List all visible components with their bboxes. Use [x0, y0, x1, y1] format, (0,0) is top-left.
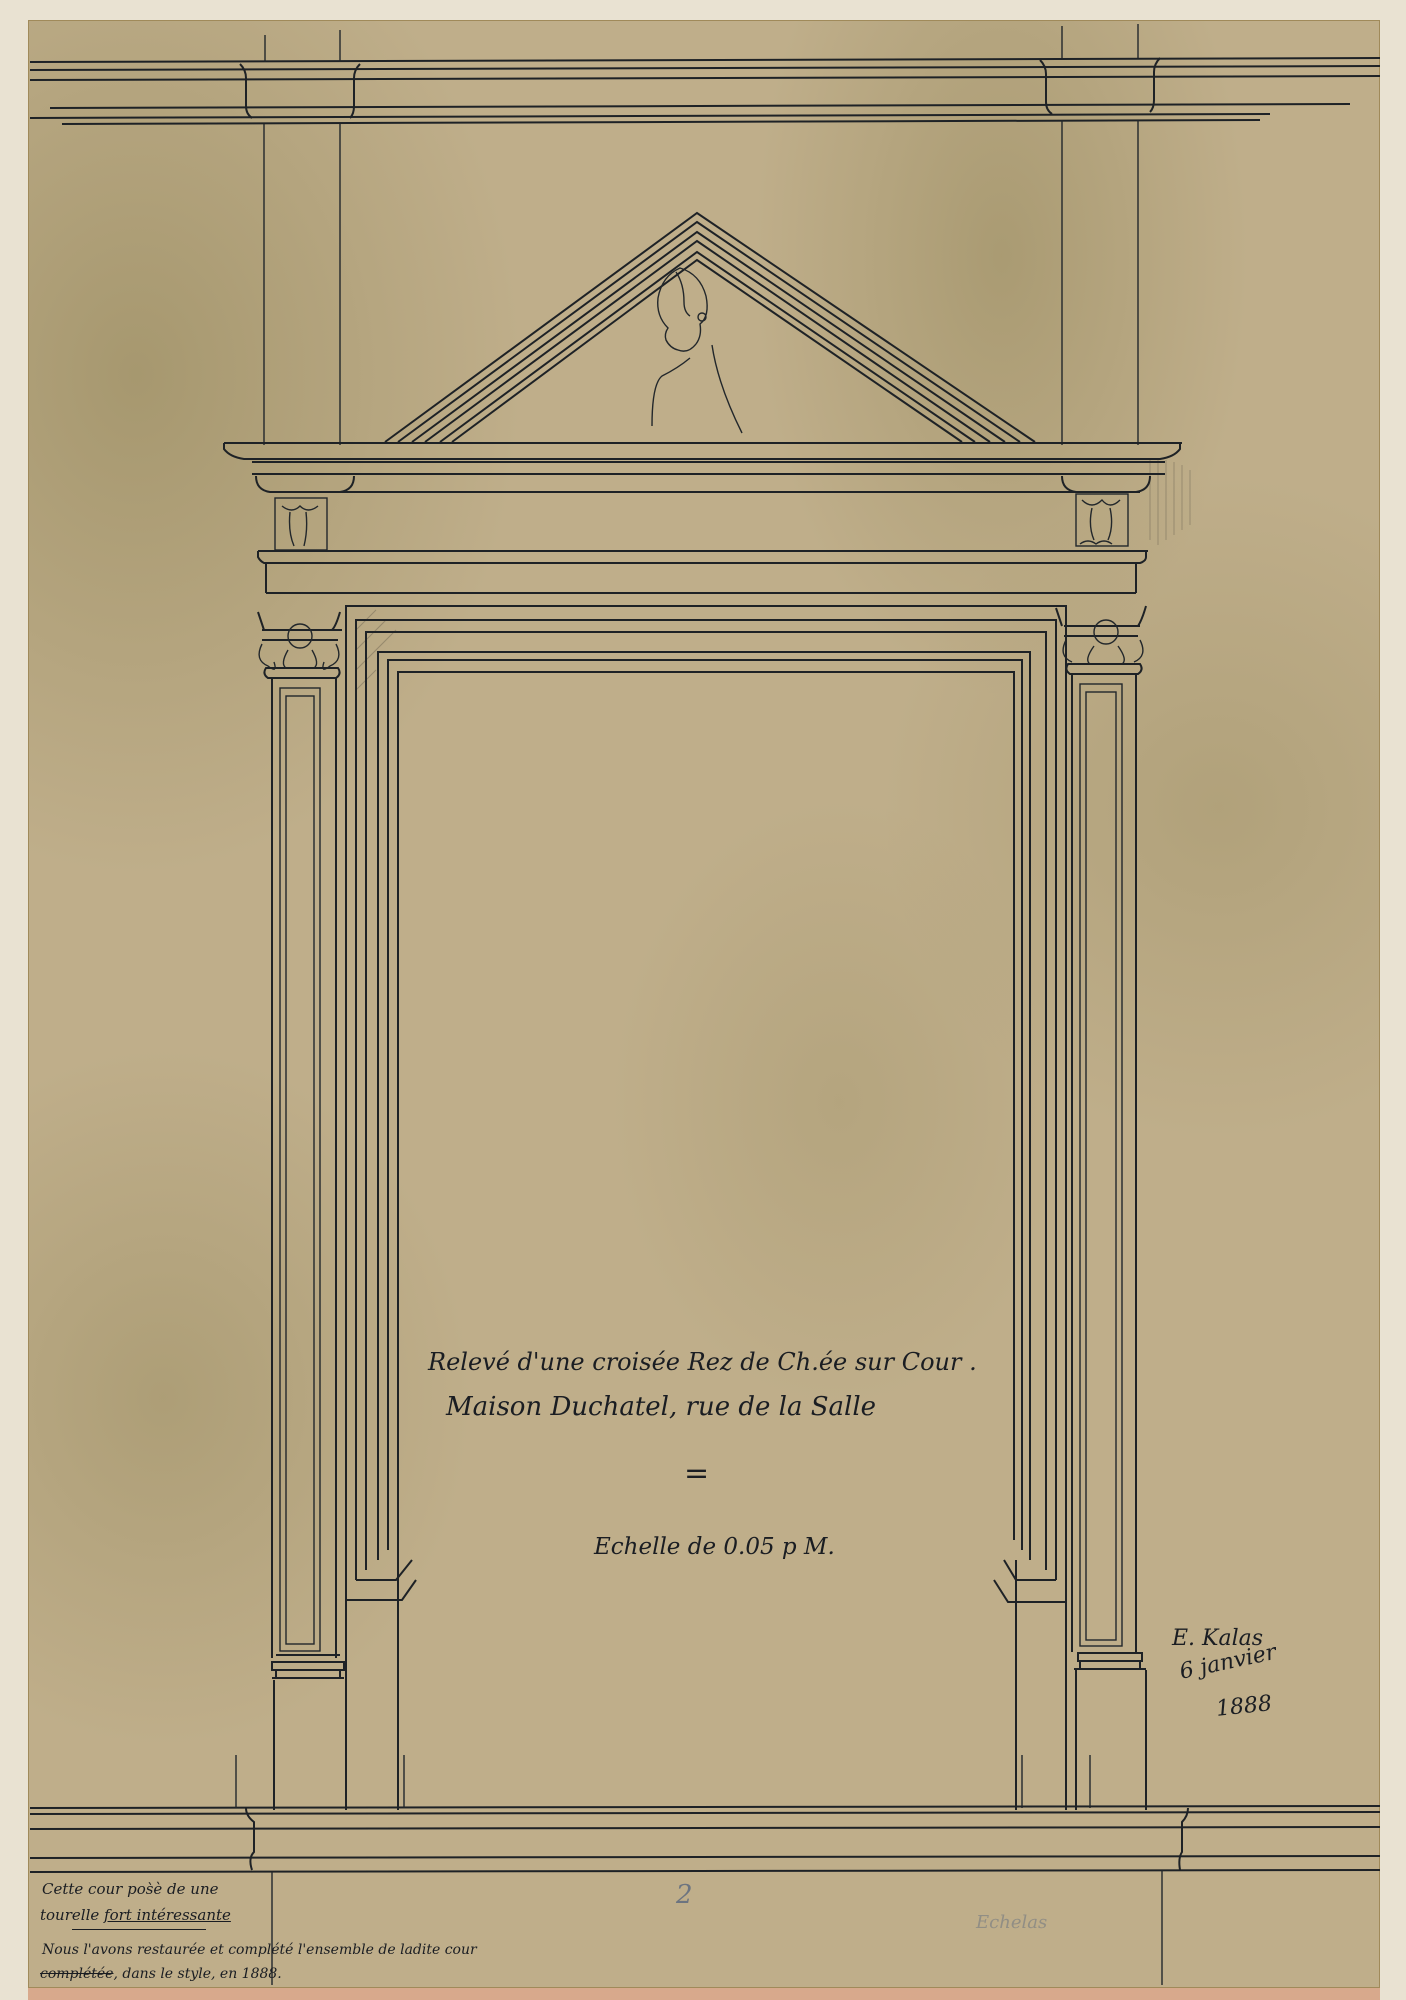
note-line-2-a: tourelle	[40, 1906, 104, 1924]
top-cornice	[30, 24, 1380, 124]
left-capital-icon	[258, 612, 342, 678]
shading-hatch	[356, 610, 396, 690]
title-line-1: Relevé d'une croisée Rez de Ch.ée sur Co…	[428, 1348, 977, 1376]
window-frame	[346, 606, 1066, 1810]
bust-sculpture-icon	[652, 268, 742, 433]
note-line-4-rest: , dans le style, en 1888.	[113, 1966, 281, 1982]
right-column	[1056, 606, 1146, 1810]
note-line-1: Cette cour pos̀è de une	[42, 1880, 219, 1898]
note-line-2: tourelle fort intéressante	[40, 1906, 231, 1924]
note-line-4-struck: complétée	[40, 1966, 113, 1982]
architectural-elevation	[0, 0, 1406, 2000]
pencil-mark: Echelas	[976, 1912, 1047, 1933]
note-line-3: Nous l'avons restaurée et complété l'ens…	[42, 1942, 477, 1958]
note-line-2-b: fort intéressante	[104, 1906, 231, 1924]
note-rule	[72, 1929, 206, 1930]
scale-label: Echelle de 0.05 p M.	[594, 1534, 835, 1560]
title-line-2: Maison Duchatel, rue de la Salle	[446, 1392, 876, 1422]
right-capital-icon	[1056, 606, 1146, 674]
title-divider: =	[684, 1456, 709, 1491]
note-line-4: complétée, dans le style, en 1888.	[40, 1966, 282, 1982]
page-number: 2	[676, 1880, 693, 1910]
pediment	[385, 213, 1035, 442]
upper-pilasters	[264, 120, 1138, 445]
left-column	[258, 612, 346, 1810]
window-cornice	[224, 443, 1190, 593]
shading-hatch	[1150, 458, 1190, 545]
